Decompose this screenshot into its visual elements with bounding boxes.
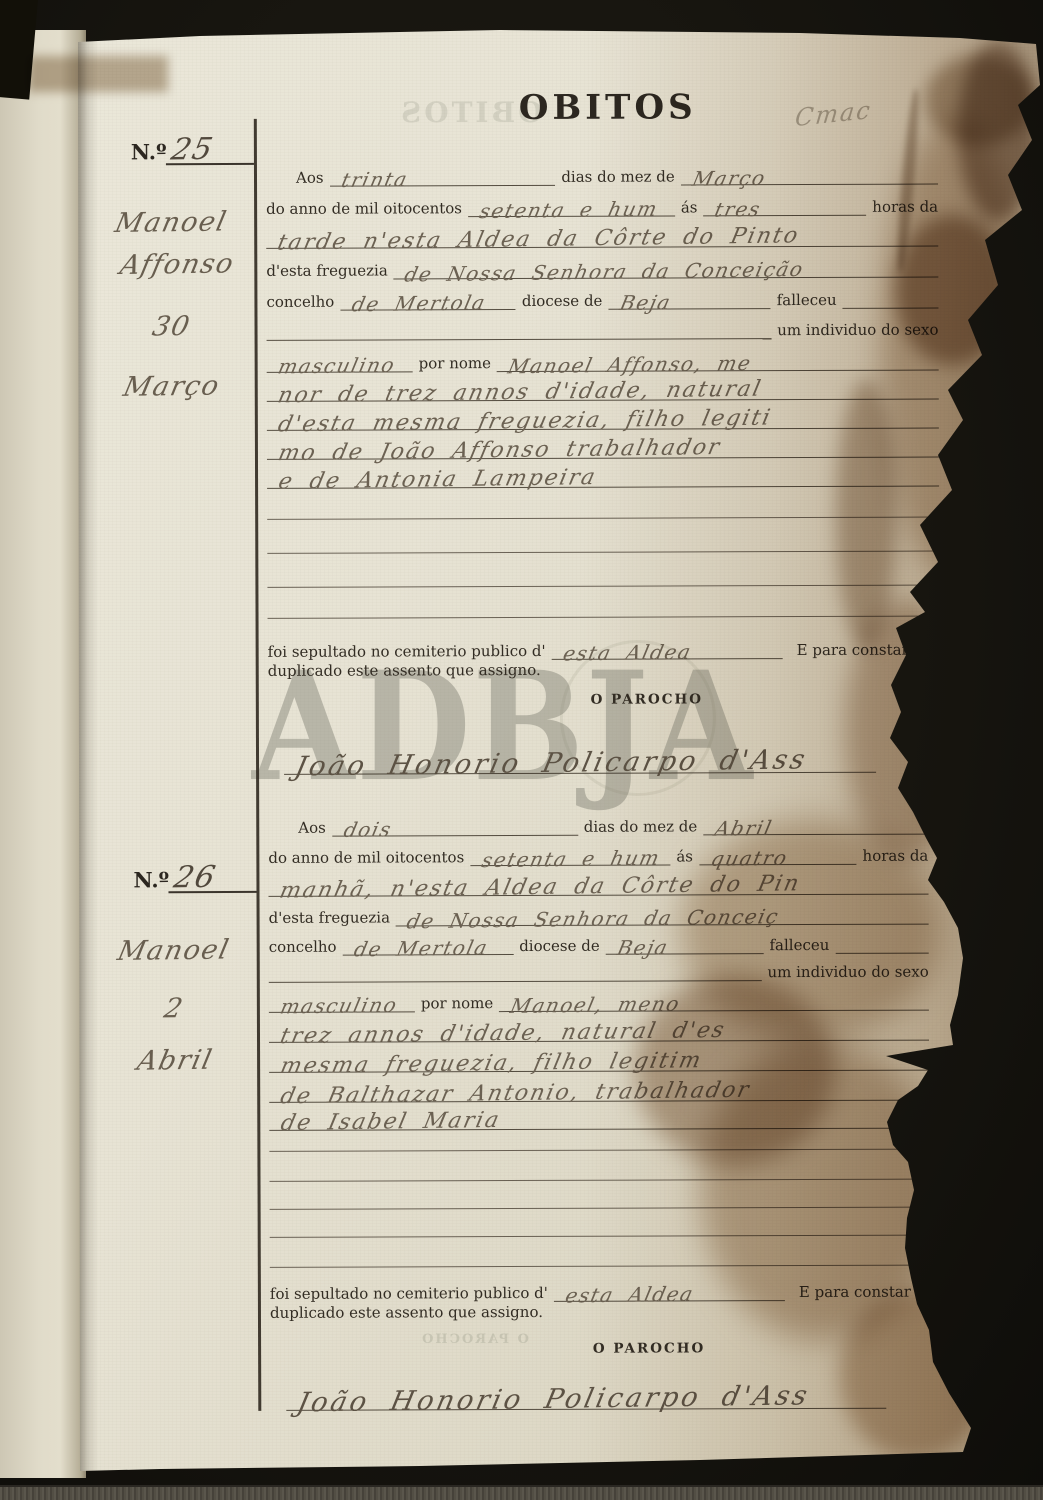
printed-text: horas da [872,198,938,216]
printed-text: um individuo do sexo [767,963,928,982]
parocho-heading: O PAROCHO [564,1340,734,1357]
page-stack-edge-smudge [28,56,168,92]
burial-line: foi sepultado no cemiterio publico d' es… [268,629,940,661]
scanner-strip [0,1485,1043,1500]
year-field: setenta e hum [470,848,670,866]
ruled-line [267,551,939,554]
date-line: Aos trinta dias do mez de Março [266,155,938,187]
ruled-line [267,517,939,520]
margin-month: Abril [94,1046,256,1075]
name-line: masculino por nome Manoel Affonso, me [267,341,939,373]
name-line: masculino por nome Manoel, meno [269,981,929,1013]
entry26-number: N.º 26 [133,863,215,892]
printed-text: dias do mez de [561,167,675,185]
body-line: e de Antonia Lampeira [267,457,939,489]
printed-text: horas da [863,847,929,865]
entry25-number: N.º 25 [131,135,213,164]
date-line: Aos dois dias do mez de Abril [268,805,928,837]
printed-text: ás [681,198,698,216]
ruled-line [270,1265,930,1268]
sex-field: masculino [269,995,415,1013]
margin-name: Manoel [93,208,249,237]
form-layer: OBITOS N.º 25 Manoel Affonso 30 Março Ao… [0,0,1043,1500]
number-underline [168,891,256,893]
attestation-line: duplicado este assento que assigno. [270,1303,543,1322]
register-page: ADBJA OBITOS O PAROCHO Cmac OBITOS N.º 2… [0,0,1043,1500]
ruled-line [270,1179,930,1182]
day-field: trinta [330,169,556,187]
printed-text: do anno de mil oitocentos [268,848,464,867]
number-value: 26 [171,863,219,894]
parish-field: de Nossa Senhora da Conceição [394,261,939,280]
sex-field: masculino [267,355,413,373]
margin-rule [254,119,262,1411]
body-line: nor de trez annos d'idade, natural [267,370,939,402]
place-line: manhã, n'esta Aldea da Côrte do Pin [268,865,928,897]
ruled-line [270,1207,930,1210]
burial-place-field: esta Aldea [554,1284,785,1302]
printed-text: dias do mez de [584,817,698,835]
year-line: do anno de mil oitocentos setenta e hum … [268,835,928,867]
place-field: tarde n'esta Aldea da Côrte do Pinto [266,228,938,249]
body-line: d'esta mesma freguezia, filho legiti [267,399,939,431]
priest-signature: João Honorio Policarpo d'Ass [284,739,876,775]
ruled-line [268,616,940,619]
margin-name: Affonso [99,250,255,279]
printed-text: d'esta freguezia [269,908,390,926]
printed-text: Aos [298,819,326,837]
printed-text: do anno de mil oitocentos [266,199,462,218]
priest-signature: João Honorio Policarpo d'Ass [286,1375,886,1411]
printed-text: Aos [296,169,324,187]
burial-place-field: esta Aldea [552,642,783,660]
scan-backdrop: ADBJA OBITOS O PAROCHO Cmac OBITOS N.º 2… [0,0,1043,1500]
ruled-line [269,1149,929,1152]
printed-text: d'esta freguezia [266,261,387,279]
county-field: de Mertola [340,293,516,311]
signature-field: João Honorio Policarpo d'Ass [284,749,876,775]
attestation-line: duplicado este assento que assigno. [268,661,541,680]
day-field: dois [332,819,578,837]
hour-field: quatro [699,848,857,866]
place-field: manhã, n'esta Aldea da Côrte do Pin [268,876,928,897]
diocese-field: Beja [608,292,770,310]
number-label: N.º [131,139,167,164]
printed-text: falleceu [777,291,837,309]
body-line: mesma freguezia, filho legitim [269,1041,929,1073]
month-field: Abril [703,818,928,836]
printed-text: concelho [266,293,334,311]
printed-text: por nome [421,994,493,1012]
printed-text: E para constar lavrei e [799,1282,973,1301]
signature-field: João Honorio Policarpo d'Ass [286,1385,886,1411]
number-label: N.º [133,867,169,892]
printed-text: E para constar lavrei e [797,640,971,659]
sex-line: um individuo do sexo [269,951,929,983]
printed-text: foi sepultado no cemiterio publico d' [270,1284,548,1303]
ruled-line [270,1235,930,1238]
printed-text: ás [676,847,693,865]
year-field: setenta e hum [468,199,675,217]
margin-day: 2 [126,995,222,1023]
sex-line: um individuo do sexo [266,309,938,341]
parish-line: d'esta freguezia de Nossa Senhora da Con… [266,248,938,280]
body-field: mesma freguezia, filho legitim [269,1052,929,1073]
parocho-heading: O PAROCHO [562,691,732,708]
body-field: trez annos d'idade, natural d'es [269,1022,929,1043]
margin-day: 30 [93,312,249,341]
body-field: de Isabel Maria [269,1110,929,1131]
body-line: de Isabel Maria [269,1099,929,1131]
number-value: 25 [168,135,216,166]
parish-line: d'esta freguezia de Nossa Senhora da Con… [269,895,929,927]
ruled-line [267,585,939,588]
county-diocese-line: concelho de Mertola diocese de Beja fall… [266,279,938,311]
year-line: do anno de mil oitocentos setenta e hum … [266,186,938,218]
month-field: Março [681,168,938,186]
printed-text: diocese de [522,292,603,310]
body-field: e de Antonia Lampeira [267,468,939,489]
hour-field: tres [703,199,866,217]
place-line: tarde n'esta Aldea da Côrte do Pinto [266,217,938,249]
name-field: Manoel, meno [499,994,929,1012]
burial-line: foi sepultado no cemiterio publico d' es… [270,1271,930,1303]
page-title: OBITOS [418,87,798,128]
printed-text: um individuo do sexo [777,321,938,340]
margin-month: Março [88,372,256,401]
printed-text: por nome [419,354,491,372]
printed-text: foi sepultado no cemiterio publico d' [268,642,546,661]
margin-name: Manoel [96,936,252,965]
body-line: trez annos d'idade, natural d'es [269,1011,929,1043]
body-line: mo de João Affonso trabalhador [267,428,939,460]
adjacent-page-edge [0,30,86,1478]
number-underline [166,163,254,165]
